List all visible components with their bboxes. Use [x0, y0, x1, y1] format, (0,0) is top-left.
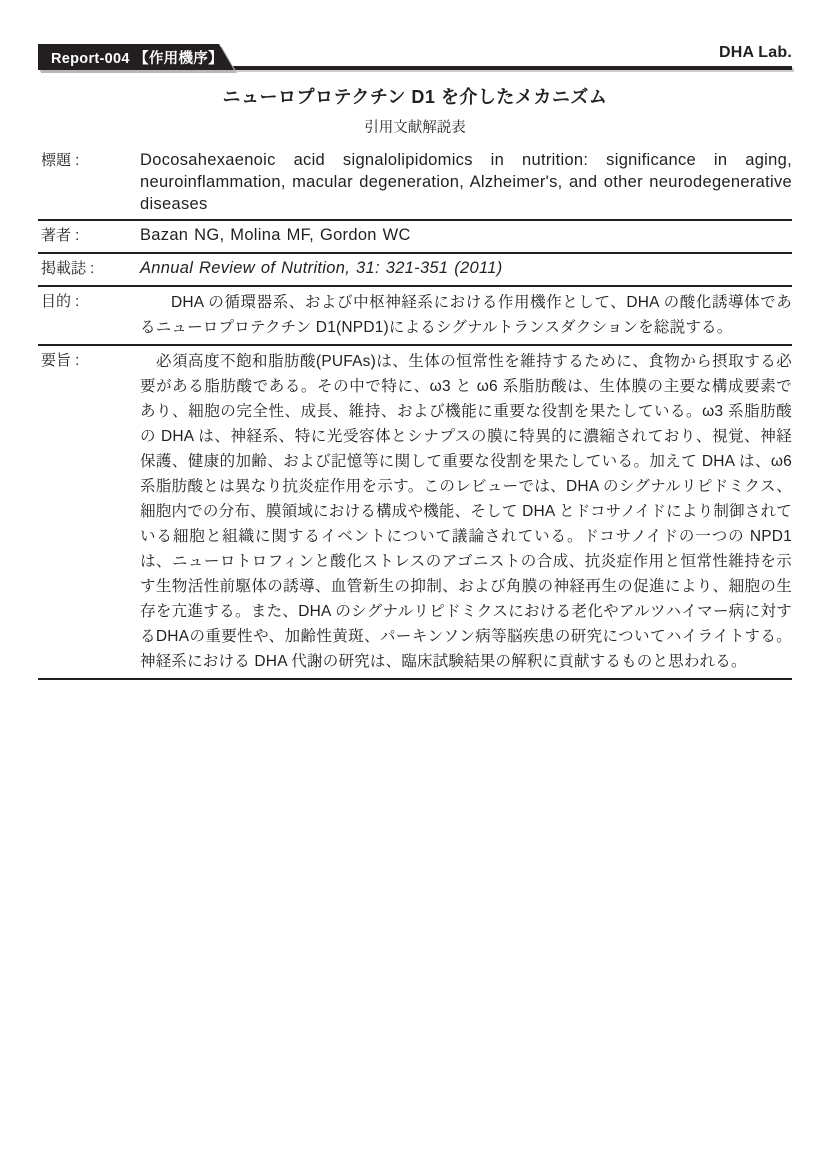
row-label-authors: 著者 :: [38, 220, 140, 253]
row-label-abstract: 要旨 :: [38, 345, 140, 679]
row-content-abstract: 必須高度不飽和脂肪酸(PUFAs)は、生体の恒常性を維持するために、食物から摂取…: [140, 345, 792, 679]
row-label-purpose: 目的 :: [38, 286, 140, 345]
row-label-journal: 掲載誌 :: [38, 253, 140, 286]
table-row-abstract: 要旨 : 必須高度不飽和脂肪酸(PUFAs)は、生体の恒常性を維持するために、食…: [38, 345, 792, 679]
table-row-purpose: 目的 : DHA の循環器系、および中枢神経系における作用機作として、DHA の…: [38, 286, 792, 345]
report-banner: Report-004 【作用機序】: [38, 44, 234, 70]
row-content-purpose: DHA の循環器系、および中枢神経系における作用機作として、DHA の酸化誘導体…: [140, 286, 792, 345]
row-label-title: 標題 :: [38, 146, 140, 220]
row-content-title: Docosahexaenoic acid signalolipidomics i…: [140, 146, 792, 220]
page-title: ニューロプロテクチン D1 を介したメカニズム: [38, 86, 792, 108]
document-page: Report-004 【作用機序】 DHA Lab. ニューロプロテクチン D1…: [0, 0, 828, 1171]
table-row-title: 標題 : Docosahexaenoic acid signalolipidom…: [38, 146, 792, 220]
reference-table: 標題 : Docosahexaenoic acid signalolipidom…: [38, 146, 792, 680]
table-row-journal: 掲載誌 : Annual Review of Nutrition, 31: 32…: [38, 253, 792, 286]
page-subtitle: 引用文献解説表: [38, 119, 792, 137]
row-content-authors: Bazan NG, Molina MF, Gordon WC: [140, 220, 792, 253]
report-label: Report-004 【作用機序】: [51, 47, 223, 68]
brand-label: DHA Lab.: [719, 44, 792, 62]
row-content-journal: Annual Review of Nutrition, 31: 321-351 …: [140, 253, 792, 286]
table-row-authors: 著者 : Bazan NG, Molina MF, Gordon WC: [38, 220, 792, 253]
